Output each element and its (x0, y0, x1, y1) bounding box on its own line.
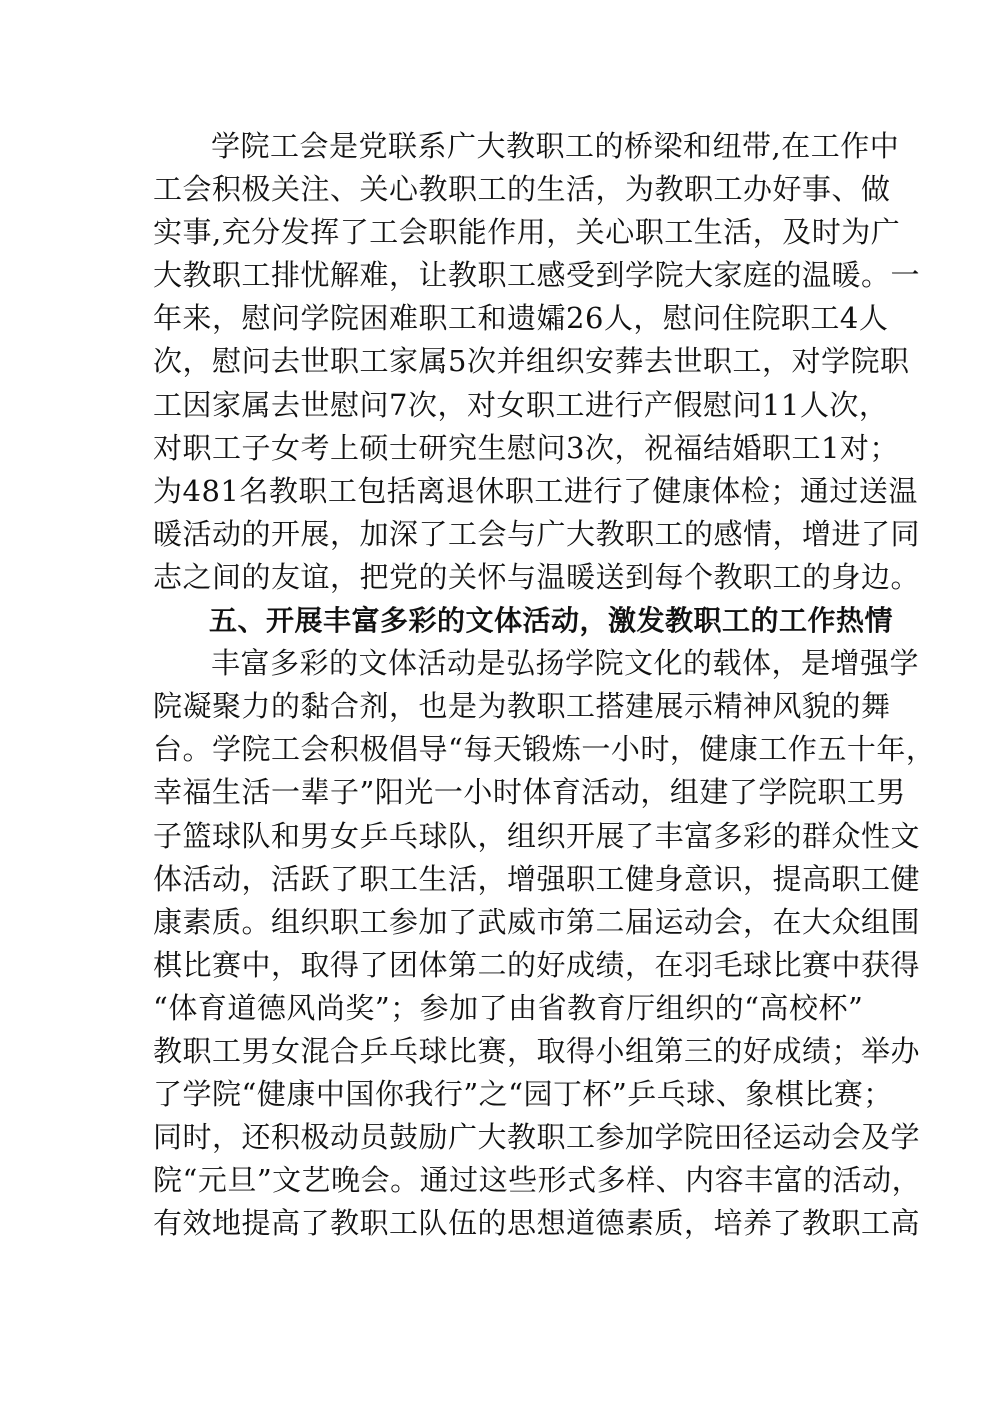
text-line: 学院工会是党联系广大教职工的桥梁和纽带,在工作中 (153, 125, 847, 168)
text-line: 年来，慰问学院困难职工和遗孀26人，慰问住院职工4人 (153, 297, 847, 340)
text-line: “体育道德风尚奖”；参加了由省教育厅组织的“高校杯” (153, 987, 847, 1030)
text-line: 教职工男女混合乒乓球比赛，取得小组第三的好成绩；举办 (153, 1030, 847, 1073)
paragraph-cultural-activities: 丰富多彩的文体活动是弘扬学院文化的载体，是增强学 院凝聚力的黏合剂，也是为教职工… (153, 642, 847, 1245)
text-line: 次，慰问去世职工家属5次并组织安葬去世职工，对学院职 (153, 340, 847, 383)
text-line: 同时，还积极动员鼓励广大教职工参加学院田径运动会及学 (153, 1116, 847, 1159)
document-page: 学院工会是党联系广大教职工的桥梁和纽带,在工作中 工会积极关注、关心教职工的生活… (153, 125, 847, 1245)
text-line: 志之间的友谊，把党的关怀与温暖送到每个教职工的身边。 (153, 556, 847, 599)
text-line: 工会积极关注、关心教职工的生活，为教职工办好事、做 (153, 168, 847, 211)
text-line: 对职工子女考上硕士研究生慰问3次，祝福结婚职工1对； (153, 427, 847, 470)
text-line: 实事,充分发挥了工会职能作用，关心职工生活，及时为广 (153, 211, 847, 254)
text-line: 体活动，活跃了职工生活，增强职工健身意识，提高职工健 (153, 858, 847, 901)
text-line: 棋比赛中，取得了团体第二的好成绩，在羽毛球比赛中获得 (153, 944, 847, 987)
text-line: 院“元旦”文艺晚会。通过这些形式多样、内容丰富的活动， (153, 1159, 847, 1202)
text-line: 了学院“健康中国你我行”之“园丁杯”乒乓球、象棋比赛； (153, 1073, 847, 1116)
section-heading: 五、开展丰富多彩的文体活动，激发教职工的工作热情 (153, 599, 847, 642)
paragraph-union-care: 学院工会是党联系广大教职工的桥梁和纽带,在工作中 工会积极关注、关心教职工的生活… (153, 125, 847, 599)
text-line: 为481名教职工包括离退休职工进行了健康体检；通过送温 (153, 470, 847, 513)
text-line: 子篮球队和男女乒乓球队，组织开展了丰富多彩的群众性文 (153, 815, 847, 858)
text-line: 大教职工排忧解难，让教职工感受到学院大家庭的温暖。一 (153, 254, 847, 297)
text-line: 康素质。组织职工参加了武威市第二届运动会，在大众组围 (153, 901, 847, 944)
text-line: 幸福生活一辈子”阳光一小时体育活动，组建了学院职工男 (153, 771, 847, 814)
text-line: 院凝聚力的黏合剂，也是为教职工搭建展示精神风貌的舞 (153, 685, 847, 728)
text-line: 有效地提高了教职工队伍的思想道德素质，培养了教职工高 (153, 1202, 847, 1245)
text-line: 暖活动的开展，加深了工会与广大教职工的感情，增进了同 (153, 513, 847, 556)
text-line: 台。学院工会积极倡导“每天锻炼一小时，健康工作五十年， (153, 728, 847, 771)
text-line: 丰富多彩的文体活动是弘扬学院文化的载体，是增强学 (153, 642, 847, 685)
text-line: 工因家属去世慰问7次，对女职工进行产假慰问11人次， (153, 384, 847, 427)
